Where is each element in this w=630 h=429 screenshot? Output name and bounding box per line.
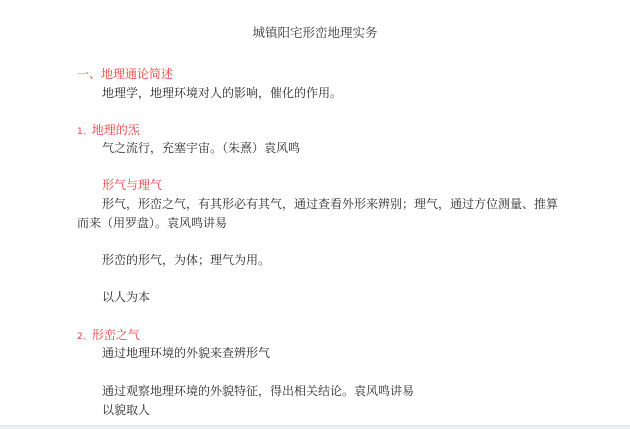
section-title: 地理通论简述	[101, 67, 173, 81]
section-number: 1、	[77, 127, 92, 137]
section-number: 一、	[77, 67, 101, 81]
section-heading-1: 一、地理通论简述	[77, 67, 173, 81]
paragraph: 气之流行，充塞宇宙。（朱熹）袁风鸣	[102, 141, 300, 155]
subsection-heading: 形气与理气	[102, 178, 162, 192]
paragraph: 通过地理环境的外貌来查辨形气	[102, 346, 270, 360]
page-bottom-edge	[0, 425, 630, 429]
section-title: 地理的炁	[92, 123, 140, 137]
paragraph: 以貌取人	[102, 403, 150, 417]
paragraph: 通过观察地理环境的外貌特征，得出相关结论。袁风鸣讲易	[102, 384, 414, 398]
document-title: 城镇阳宅形峦地理实务	[0, 26, 630, 40]
paragraph: 形气，形峦之气，有其形必有其气，通过查看外形来辨别；理气，通过方位测量、推算	[102, 197, 558, 211]
section-title: 形峦之气	[92, 328, 140, 342]
paragraph: 形峦的形气，为体；理气为用。	[102, 253, 270, 267]
paragraph-continuation: 而来（用罗盘）。袁风鸣讲易	[77, 216, 227, 230]
paragraph: 地理学，地理环境对人的影响，催化的作用。	[102, 86, 342, 100]
paragraph: 以人为本	[102, 290, 150, 304]
section-heading-2: 1、地理的炁	[77, 123, 140, 139]
section-heading-3: 2、形峦之气	[77, 328, 140, 344]
section-number: 2、	[77, 332, 92, 342]
